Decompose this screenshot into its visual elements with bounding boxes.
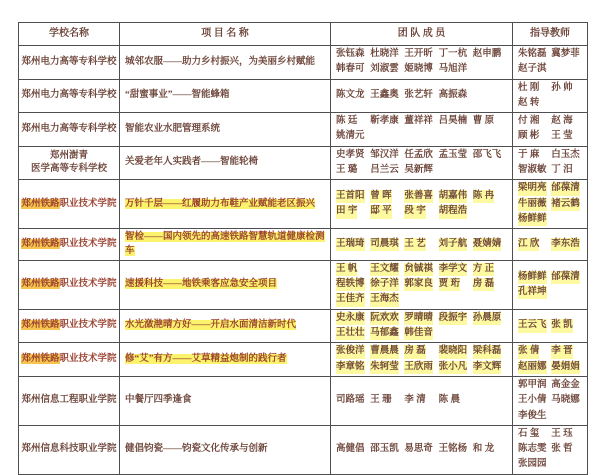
advisors-cell: 付 湘赵 海顾 彬王 莹 [513,113,588,147]
school-cell: 郑州铁路职业技术学院 [19,229,120,261]
member-name: 赵申鹏 [473,48,502,61]
member-name: 王瑞琦 [336,238,365,251]
team-grid: 陈 廷靳孝康董祥祥吕昊楠曹 原姚清元 [336,115,507,144]
team-grid: 陈文龙王鑫奥张艺轩高振森 [336,89,507,102]
school-cell: 郑州澍青医学高等专科学校 [19,146,120,180]
member-name: 裴晓阳 [439,345,468,358]
school-cell: 郑州铁路职业技术学院 [19,309,120,343]
col-header-project: 项 目 名 称 [120,23,331,46]
member-name: 段 宇 [404,205,425,218]
member-name: 陈文龙 [336,89,365,102]
school-cell: 郑州电力高等专科学校 [19,79,120,113]
member-name: 王壮壮 [336,327,365,340]
adv-grid: 王云飞张 凯 [518,319,582,332]
member-name: 马郁鑫 [370,327,399,340]
school-line: 郑州澍青 [21,150,117,163]
project-text: 修“艾”有方——艾草精益炮制的践行者 [125,354,287,364]
advisor-name: 张 凯 [551,319,572,332]
table-row: 郑州铁路职业技术学院万针千层——红履助力布鞋产业赋能老区振兴王首阳曾 晖张善喜胡… [19,180,588,229]
member-name: 孙晨原 [473,312,502,325]
member-name: 李章铭 [336,361,365,374]
advisor-name: 王 莹 [551,130,572,143]
member-name: 房 磊 [473,278,494,291]
advisor-name: 赵子淇 [518,63,547,76]
project-text: “甜蜜事业”——智能蜂箱 [125,90,230,100]
advisor-name: 朱铭磊 [518,48,547,61]
member-name: 王文耀 [370,263,399,276]
document-page: 学校名称 项 目 名 称 团 队 成 员 指导教师 郑州电力高等专科学校城邻农服… [18,22,588,431]
school-line: 医学高等专科学校 [21,163,117,176]
project-cell: “甜蜜事业”——智能蜂箱 [120,79,331,113]
header-row: 学校名称 项 目 名 称 团 队 成 员 指导教师 [19,23,588,46]
school-cell: 郑州信息工程职业学院 [19,376,120,425]
member-name: 王首阳 [336,190,365,203]
project-cell: 关爱老年人实践者——智能轮椅 [120,146,331,180]
adv-grid: 梁明亮邰葆清牛丽薇褚云鹤杨鲜鲜 [518,182,582,226]
table-row: 郑州电力高等专科学校城邻农服——助力乡村振兴，为美丽乡村赋能张钰森杜晓洋王开昕丁… [19,46,588,80]
project-cell: 智检——国内领先的高速铁路智慧轨道健康检测车 [120,229,331,261]
advisor-name: 赵 转 [518,97,539,110]
member-name: 姬晓博 [404,63,433,76]
team-cell: 王 帆王文耀贠铖祺李学文方 正程轶博徐子洋郭家良贾 珩房 磊王佳齐王海杰 [331,260,513,309]
member-name: 张钰森 [336,48,365,61]
member-name: 李 清 [404,394,425,407]
project-cell: 万针千层——红履助力布鞋产业赋能老区振兴 [120,180,331,229]
member-name: 司路瑶 [336,394,365,407]
member-name: 张小凡 [439,361,468,374]
advisor-name: 冀梦菲 [551,48,580,61]
school-cell: 郑州铁路职业技术学院 [19,260,120,309]
advisors-cell: 杨鲜鲜邰葆清孔祥坤 [513,260,588,309]
advisors-cell: 张 倩李 晋赵丽娜晏娟娟 [513,343,588,377]
advisor-name: 郭甲润 [518,379,547,392]
advisor-name: 高金金 [551,379,580,392]
project-text: 中餐厅四季逢食 [125,395,192,405]
advisor-name: 邰葆清 [551,182,580,195]
advisor-name: 丁 汨 [551,164,572,177]
school-cell: 郑州信息科技职业学院 [19,425,120,431]
adv-grid: 江 欣李东浩 [518,238,582,251]
project-text: 关爱老年人实践者——智能轮椅 [125,157,258,167]
advisors-cell: 江 欣李东浩 [513,229,588,261]
table-row: 郑州电力高等专科学校“甜蜜事业”——智能蜂箱陈文龙王鑫奥张艺轩高振森杜 刚孙 帅… [19,79,588,113]
advisor-name: 付 湘 [518,115,539,128]
adv-grid: 朱铭磊冀梦菲赵子淇 [518,48,582,77]
advisor-name: 杨鲜鲜 [518,271,547,284]
member-name: 王 璐 [336,164,357,177]
member-name: 孟玉莹 [439,149,468,162]
advisor-name: 李东浩 [551,238,580,251]
member-name: 董祥祥 [404,115,433,128]
team-cell: 王瑞琦司晨琪王 艺刘子航聂婧婧 [331,229,513,261]
member-name: 王欣雨 [404,361,433,374]
member-name: 朱轲莹 [370,361,399,374]
school-line: 郑州电力高等专科学校 [21,89,117,102]
advisor-name: 牛丽薇 [518,198,547,211]
table-row: 郑州信息工程职业学院中餐厅四季逢食司路瑶王 珊李 清陈 晨郭甲润高金金王小倩马晓… [19,376,588,425]
member-name: 史孝贤 [336,149,365,162]
adv-grid: 杨鲜鲜邰葆清孔祥坤 [518,271,582,300]
member-name: 曹 原 [473,115,494,128]
project-text: 智检——国内领先的高速铁路智慧轨道健康检测车 [125,232,325,255]
col-header-school: 学校名称 [19,23,120,46]
advisor-name: 晏娟娟 [551,361,580,374]
team-grid: 史永康阮欢欢罗晴晴段振宇孙晨原王壮壮马郁鑫韩佳音 [336,312,507,341]
advisors-cell: 梁明亮邰葆清牛丽薇褚云鹤杨鲜鲜 [513,180,588,229]
member-name: 吕昊楠 [439,115,468,128]
col-header-team: 团 队 成 员 [331,23,513,46]
award-table: 学校名称 项 目 名 称 团 队 成 员 指导教师 郑州电力高等专科学校城邻农服… [18,22,588,431]
member-name: 程轶博 [336,278,365,291]
table-header: 学校名称 项 目 名 称 团 队 成 员 指导教师 [19,23,588,46]
school-line: 郑州铁路职业技术学院 [21,198,117,211]
table-row: 郑州电力高等专科学校智能农业水肥管理系统陈 廷靳孝康董祥祥吕昊楠曹 原姚清元付 … [19,113,588,147]
advisor-name: 孙 帅 [551,82,572,95]
advisor-name: 王云飞 [518,319,547,332]
member-name: 吴新辉 [404,164,433,177]
member-name: 聂婧婧 [473,238,502,251]
member-name: 韩春可 [336,63,365,76]
advisors-cell: 郭甲润高金金王小倩马晓娜李俊生 [513,376,588,425]
member-name: 曾 晖 [370,190,391,203]
advisor-name: 孔祥坤 [518,286,547,299]
member-name: 高振森 [439,89,468,102]
member-name: 梁科磊 [473,345,502,358]
advisor-name: 智淑敏 [518,164,547,177]
member-name: 王海杰 [370,293,399,306]
member-name: 胡程浩 [439,205,468,218]
project-cell: 城邻农服——助力乡村振兴，为美丽乡村赋能 [120,46,331,80]
advisor-name: 江 欣 [518,238,539,251]
team-cell: 陈 廷靳孝康董祥祥吕昊楠曹 原姚清元 [331,113,513,147]
school-line: 郑州铁路职业技术学院 [21,353,117,366]
school-line: 郑州电力高等专科学校 [21,123,117,136]
adv-grid: 张 倩李 晋赵丽娜晏娟娟 [518,345,582,374]
adv-grid: 于 麻白玉杰智淑敏丁 汨 [518,149,582,178]
advisor-name: 王小倩 [518,394,547,407]
team-grid: 王首阳曾 晖张善喜胡嘉伟陈 冉田 宇邸 平段 宇胡程浩 [336,190,507,219]
advisor-name: 杜 刚 [518,82,539,95]
advisor-name: 马晓娜 [551,394,580,407]
member-name: 陈 冉 [473,190,494,203]
advisor-name: 邰葆清 [551,271,580,284]
school-cell: 郑州电力高等专科学校 [19,113,120,147]
team-grid: 司路瑶王 珊李 清陈 晨 [336,394,507,407]
team-cell: 王首阳曾 晖张善喜胡嘉伟陈 冉田 宇邸 平段 宇胡程浩 [331,180,513,229]
member-name: 贠铖祺 [404,263,433,276]
member-name: 张艺轩 [404,89,433,102]
advisor-name: 杨鲜鲜 [518,213,547,226]
adv-grid: 郭甲润高金金王小倩马晓娜李俊生 [518,379,582,423]
school-line: 郑州铁路职业技术学院 [21,319,117,332]
member-name: 徐子洋 [370,278,399,291]
member-name: 王 艺 [404,238,425,251]
member-name: 王佳齐 [336,293,365,306]
project-cell: 修“艾”有方——艾草精益炮制的践行者 [120,343,331,377]
school-cell: 郑州铁路职业技术学院 [19,180,120,229]
school-highlight: 郑州铁路 [21,199,59,209]
member-name: 王 珊 [370,394,391,407]
project-cell: 速援科技——地铁乘客应急安全项目 [120,260,331,309]
advisors-cell: 于 麻白玉杰智淑敏丁 汨 [513,146,588,180]
member-name: 司晨琪 [370,238,399,251]
advisor-name: 李俊生 [518,410,547,423]
advisor-name: 于 麻 [518,149,539,162]
table-row: 郑州铁路职业技术学院智检——国内领先的高速铁路智慧轨道健康检测车王瑞琦司晨琪王 … [19,229,588,261]
team-cell: 司路瑶王 珊李 清陈 晨 [331,376,513,425]
member-name: 阮欢欢 [370,312,399,325]
project-cell: 水光潋滟晴方好——开启水面清洁新时代 [120,309,331,343]
advisor-name: 张 倩 [518,345,539,358]
team-cell: 史孝贤邹汉洋任孟欣孟玉莹邵飞飞王 璐吕兰云吴新辉 [331,146,513,180]
team-cell: 张俊洋曹晨晨房 磊裴晓阳梁科磊李章铭朱轲莹王欣雨张小凡李文辉 [331,343,513,377]
member-name: 李文辉 [473,361,502,374]
member-name: 段振宇 [439,312,468,325]
table-row: 郑州信息科技职业学院健倡钧瓷——钧瓷文化传承与创新高健倡邵玉凯易思奇王铭杨和 龙… [19,425,588,431]
school-highlight: 郑州铁路 [21,279,59,289]
school-highlight: 郑州铁路 [21,320,59,330]
team-grid: 王 帆王文耀贠铖祺李学文方 正程轶博徐子洋郭家良贾 珩房 磊王佳齐王海杰 [336,263,507,307]
member-name: 杜晓洋 [370,48,399,61]
table-body: 郑州电力高等专科学校城邻农服——助力乡村振兴，为美丽乡村赋能张钰森杜晓洋王开昕丁… [19,46,588,432]
member-name: 丁一杭 [439,48,468,61]
project-text: 水光潋滟晴方好——开启水面清洁新时代 [125,320,296,330]
advisor-name: 赵丽娜 [518,361,547,374]
col-header-advisors: 指导教师 [513,23,588,46]
team-cell: 高健倡邵玉凯易思奇王铭杨和 龙 [331,425,513,431]
member-name: 方 正 [473,263,494,276]
member-name: 姚清元 [336,130,365,143]
member-name: 刘淑雲 [370,63,399,76]
project-cell: 中餐厅四季逢食 [120,376,331,425]
advisor-name: 赵 海 [551,115,572,128]
member-name: 史永康 [336,312,365,325]
member-name: 邹汉洋 [370,149,399,162]
table-row: 郑州铁路职业技术学院修“艾”有方——艾草精益炮制的践行者张俊洋曹晨晨房 磊裴晓阳… [19,343,588,377]
school-line: 郑州信息工程职业学院 [21,394,117,407]
project-cell: 智能农业水肥管理系统 [120,113,331,147]
member-name: 王鑫奥 [370,89,399,102]
team-cell: 张钰森杜晓洋王开昕丁一杭赵申鹏韩春可刘淑雲姬晓博马旭洋 [331,46,513,80]
advisor-name: 梁明亮 [518,182,547,195]
member-name: 刘子航 [439,238,468,251]
school-cell: 郑州铁路职业技术学院 [19,343,120,377]
team-cell: 陈文龙王鑫奥张艺轩高振森 [331,79,513,113]
member-name: 靳孝康 [370,115,399,128]
school-line: 郑州电力高等专科学校 [21,56,117,69]
team-grid: 王瑞琦司晨琪王 艺刘子航聂婧婧 [336,238,507,251]
team-grid: 史孝贤邹汉洋任孟欣孟玉莹邵飞飞王 璐吕兰云吴新辉 [336,149,507,178]
member-name: 曹晨晨 [370,345,399,358]
member-name: 邸 平 [370,205,391,218]
member-name: 马旭洋 [439,63,468,76]
school-highlight: 郑州铁路 [21,239,59,249]
member-name: 韩佳音 [404,327,433,340]
project-text: 智能农业水肥管理系统 [125,124,220,134]
advisor-name: 顾 彬 [518,130,539,143]
adv-grid: 付 湘赵 海顾 彬王 莹 [518,115,582,144]
advisors-cell: 石 玺王 珏陈志雯张 哲张园园 [513,425,588,431]
table-row: 郑州铁路职业技术学院速援科技——地铁乘客应急安全项目王 帆王文耀贠铖祺李学文方 … [19,260,588,309]
member-name: 李学文 [439,263,468,276]
member-name: 房 磊 [404,345,425,358]
school-line: 郑州铁路职业技术学院 [21,278,117,291]
member-name: 王开昕 [404,48,433,61]
member-name: 王 帆 [336,263,357,276]
member-name: 田 宇 [336,205,357,218]
table-row: 郑州澍青医学高等专科学校关爱老年人实践者——智能轮椅史孝贤邹汉洋任孟欣孟玉莹邵飞… [19,146,588,180]
advisor-name: 褚云鹤 [551,198,580,211]
team-grid: 张俊洋曹晨晨房 磊裴晓阳梁科磊李章铭朱轲莹王欣雨张小凡李文辉 [336,345,507,374]
advisor-name: 白玉杰 [551,149,580,162]
member-name: 张善喜 [404,190,433,203]
table-row: 郑州铁路职业技术学院水光潋滟晴方好——开启水面清洁新时代史永康阮欢欢罗晴晴段振宇… [19,309,588,343]
member-name: 吕兰云 [370,164,399,177]
member-name: 罗晴晴 [404,312,433,325]
member-name: 张俊洋 [336,345,365,358]
member-name: 邵飞飞 [473,149,502,162]
school-cell: 郑州电力高等专科学校 [19,46,120,80]
advisor-name: 李 晋 [551,345,572,358]
project-text: 万针千层——红履助力布鞋产业赋能老区振兴 [125,199,315,209]
school-line: 郑州铁路职业技术学院 [21,238,117,251]
school-highlight: 郑州铁路 [21,354,59,364]
advisors-cell: 王云飞张 凯 [513,309,588,343]
project-text: 城邻农服——助力乡村振兴，为美丽乡村赋能 [125,57,315,67]
member-name: 陈 廷 [336,115,357,128]
advisors-cell: 朱铭磊冀梦菲赵子淇 [513,46,588,80]
adv-grid: 杜 刚孙 帅赵 转 [518,82,582,111]
team-grid: 张钰森杜晓洋王开昕丁一杭赵申鹏韩春可刘淑雲姬晓博马旭洋 [336,48,507,77]
member-name: 郭家良 [404,278,433,291]
member-name: 胡嘉伟 [439,190,468,203]
project-cell: 健倡钧瓷——钧瓷文化传承与创新 [120,425,331,431]
advisors-cell: 杜 刚孙 帅赵 转 [513,79,588,113]
project-text: 速援科技——地铁乘客应急安全项目 [125,279,277,289]
member-name: 陈 晨 [439,394,460,407]
member-name: 任孟欣 [404,149,433,162]
member-name: 贾 珩 [439,278,460,291]
team-cell: 史永康阮欢欢罗晴晴段振宇孙晨原王壮壮马郁鑫韩佳音 [331,309,513,343]
